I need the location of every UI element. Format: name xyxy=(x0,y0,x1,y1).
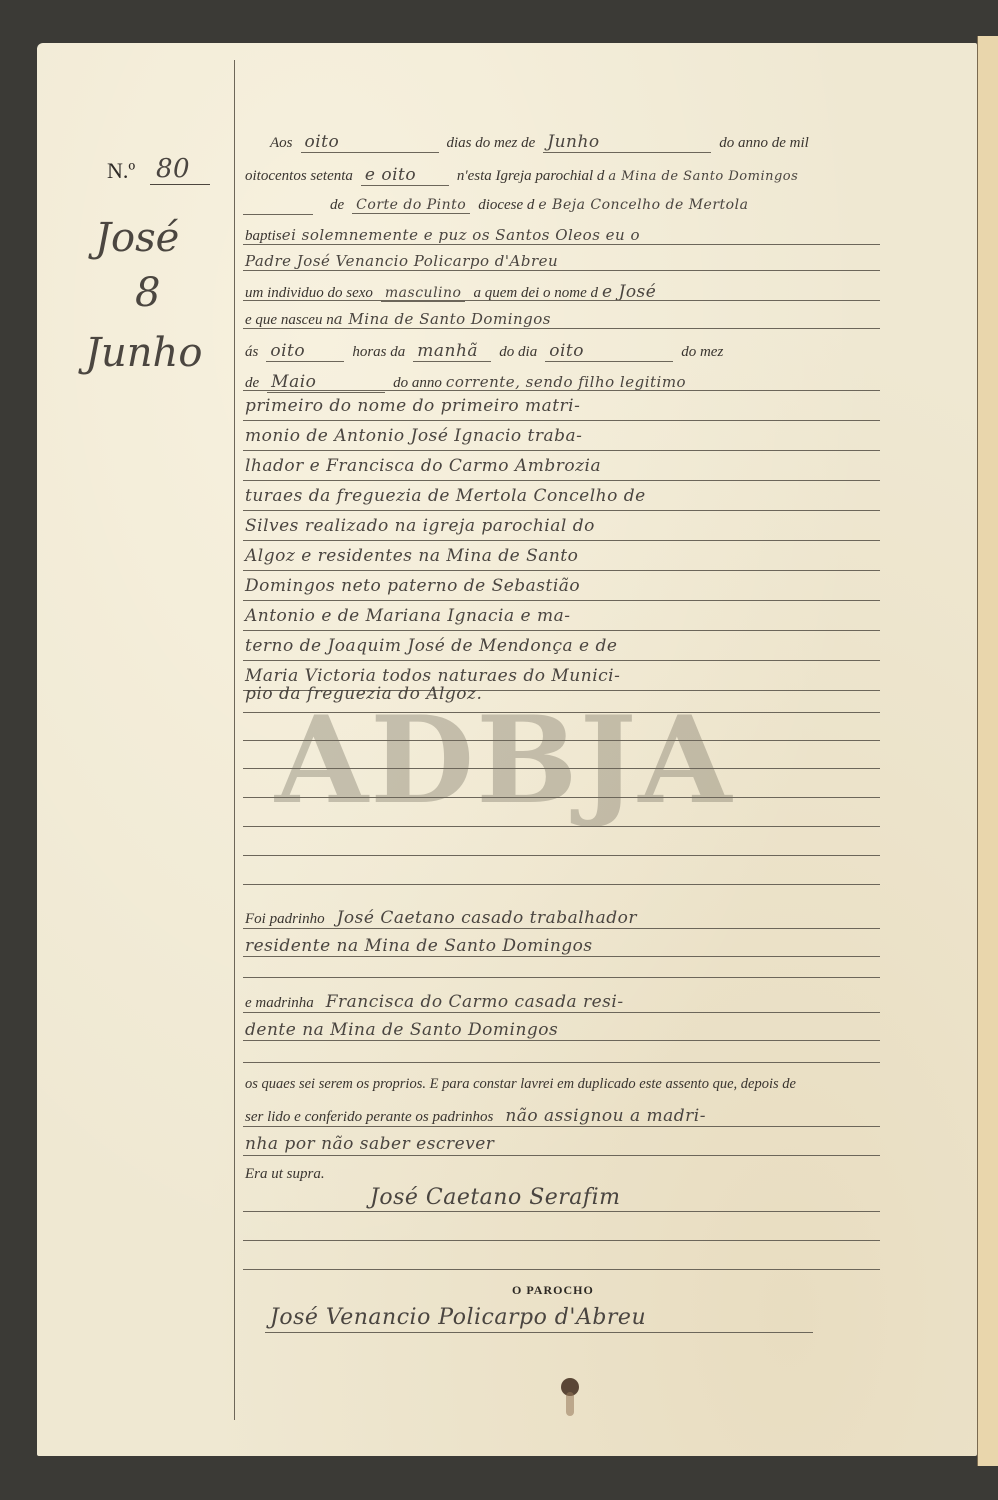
body-line: Algoz e residentes na Mina de Santo xyxy=(245,546,885,566)
ruled-line xyxy=(243,570,880,571)
line-sex-name: um individuo do sexo masculino a quem de… xyxy=(245,282,885,302)
body-line: Silves realizado na igreja parochial do xyxy=(245,516,885,536)
ruled-line xyxy=(243,450,880,451)
padrinho-signature: José Caetano Serafim xyxy=(370,1185,998,1210)
body-line: terno de Joaquim José de Mendonça e de xyxy=(245,636,885,656)
printed-text: de xyxy=(330,197,344,213)
ruled-line xyxy=(243,244,880,245)
madrinha-line-2: dente na Mina de Santo Domingos xyxy=(245,1020,885,1040)
ruled-line xyxy=(243,480,880,481)
handwritten-hour: oito xyxy=(266,341,344,362)
line-birth-time: ás oito horas da manhã do dia oito do me… xyxy=(245,341,885,362)
handwritten-text: ei solemnemente e puz os Santos Oleos eu… xyxy=(282,226,640,244)
printed-text: diocese d xyxy=(478,197,534,213)
printed-text: do dia xyxy=(499,344,537,360)
ruled-line xyxy=(243,740,880,741)
ruled-line xyxy=(243,1040,880,1041)
entry-number-label: N.º xyxy=(107,158,135,184)
printed-text: e que nasceu n xyxy=(245,312,334,328)
parocho-title: O PAROCHO xyxy=(512,1283,594,1298)
line-madrinha: e madrinha Francisca do Carmo casada res… xyxy=(245,992,885,1012)
ruled-line xyxy=(243,420,880,421)
ruled-line xyxy=(243,1211,880,1212)
ruled-line xyxy=(243,855,880,856)
printed-text: baptis xyxy=(245,228,282,244)
line-year-church: oitocentos setenta e oito n'esta Igreja … xyxy=(245,165,885,186)
handwritten-church: a Mina de Santo Domingos xyxy=(608,169,798,184)
handwritten-madrinha: Francisca do Carmo casada resi- xyxy=(326,992,624,1012)
handwritten-diocese: e Beja Concelho de Mertola xyxy=(538,197,748,213)
ruled-line xyxy=(243,300,880,301)
ruled-line xyxy=(243,928,880,929)
printed-text: de xyxy=(245,375,259,391)
entry-number: 80 xyxy=(150,154,190,184)
padrinho-line-2: residente na Mina de Santo Domingos xyxy=(245,936,885,956)
printed-text: do mez xyxy=(681,344,723,360)
printed-text: horas da xyxy=(352,344,405,360)
ruled-line xyxy=(243,977,880,978)
margin-rule xyxy=(234,60,235,1420)
line-date: Aos oito dias do mez de Junho do anno de… xyxy=(270,132,910,153)
handwritten-parish: Corte do Pinto xyxy=(352,197,470,214)
handwritten-month: Junho xyxy=(543,132,711,153)
closing-line-2: ser lido e conferido perante os padrinho… xyxy=(245,1106,885,1126)
handwritten-year: e oito xyxy=(361,165,449,186)
ruled-line xyxy=(243,214,313,215)
ruled-line xyxy=(243,826,880,827)
closing-text-1: os quaes sei serem os proprios. E para c… xyxy=(245,1076,885,1093)
line-baptised: baptisei solemnemente e puz os Santos Ol… xyxy=(245,226,885,245)
parocho-signature: José Venancio Policarpo d'Abreu xyxy=(270,1305,910,1330)
body-line: Domingos neto paterno de Sebastião xyxy=(245,576,885,596)
body-line: primeiro do nome do primeiro matri- xyxy=(245,396,885,416)
printed-text: ser lido e conferido perante os padrinho… xyxy=(245,1109,493,1125)
entry-number-field: 80 xyxy=(150,154,210,185)
body-line: Maria Victoria todos naturaes do Munici- xyxy=(245,666,885,686)
printed-text: n'esta Igreja parochial d xyxy=(457,168,605,184)
closing-line-3: nha por não saber escrever xyxy=(245,1134,885,1154)
ruled-line xyxy=(243,390,880,391)
ruled-line xyxy=(243,600,880,601)
ruled-line xyxy=(243,1269,880,1270)
handwritten-text: corrente, sendo filho legitimo xyxy=(446,373,686,391)
ruled-line xyxy=(243,956,880,957)
handwritten-text: não assignou a madri- xyxy=(505,1106,706,1126)
signature-line xyxy=(265,1332,813,1333)
line-priest: Padre José Venancio Policarpo d'Abreu xyxy=(245,252,885,271)
margin-note-month: Junho xyxy=(85,330,202,376)
ink-stain-drip xyxy=(566,1392,574,1416)
body-line: pio da freguezia do Algoz. xyxy=(245,684,885,704)
line-parish-diocese: de Corte do Pinto diocese d e Beja Conce… xyxy=(330,196,970,214)
margin-note-name: José xyxy=(95,215,179,261)
body-line: lhador e Francisca do Carmo Ambrozia xyxy=(245,456,885,476)
padrinho-label: Foi padrinho xyxy=(245,911,325,927)
era-ut-supra: Era ut supra. xyxy=(245,1166,885,1183)
ruled-line xyxy=(243,1240,880,1241)
line-birthplace: e que nasceu na Mina de Santo Domingos xyxy=(245,310,885,329)
body-line: monio de Antonio José Ignacio traba- xyxy=(245,426,885,446)
ruled-line xyxy=(243,884,880,885)
handwritten-child-name: e José xyxy=(602,282,656,302)
ruled-line xyxy=(243,1126,880,1127)
ruled-line xyxy=(243,712,880,713)
ruled-line xyxy=(243,660,880,661)
handwritten-birth-day: oito xyxy=(545,341,673,362)
printed-text: Aos xyxy=(270,135,293,151)
ruled-line xyxy=(243,1062,880,1063)
adjacent-page-edge xyxy=(977,36,998,1466)
madrinha-label: e madrinha xyxy=(245,995,314,1011)
handwritten-period: manhã xyxy=(413,341,491,362)
ruled-line xyxy=(243,328,880,329)
ruled-line xyxy=(243,270,880,271)
handwritten-birthplace: a Mina de Santo Domingos xyxy=(334,310,551,328)
line-padrinho: Foi padrinho José Caetano casado trabalh… xyxy=(245,908,885,928)
body-line: Antonio e de Mariana Ignacia e ma- xyxy=(245,606,885,626)
printed-text: a quem dei o nome d xyxy=(473,285,598,301)
ruled-line xyxy=(243,768,880,769)
printed-text: do anno xyxy=(393,375,442,391)
ruled-line xyxy=(243,540,880,541)
margin-note-day: 8 xyxy=(135,270,160,316)
ruled-line xyxy=(243,1155,880,1156)
printed-text: do anno de mil xyxy=(719,135,809,151)
handwritten-priest: Padre José Venancio Policarpo d'Abreu xyxy=(245,252,558,270)
ruled-line xyxy=(243,630,880,631)
ruled-line xyxy=(243,1012,880,1013)
handwritten-day: oito xyxy=(301,132,439,153)
printed-text: oitocentos setenta xyxy=(245,168,353,184)
ruled-line xyxy=(243,510,880,511)
body-line: turaes da freguezia de Mertola Concelho … xyxy=(245,486,885,506)
handwritten-padrinho: José Caetano casado trabalhador xyxy=(337,908,637,928)
printed-text: dias do mez de xyxy=(447,135,536,151)
printed-text: um individuo do sexo xyxy=(245,285,373,301)
printed-text: ás xyxy=(245,344,258,360)
ruled-line xyxy=(243,797,880,798)
